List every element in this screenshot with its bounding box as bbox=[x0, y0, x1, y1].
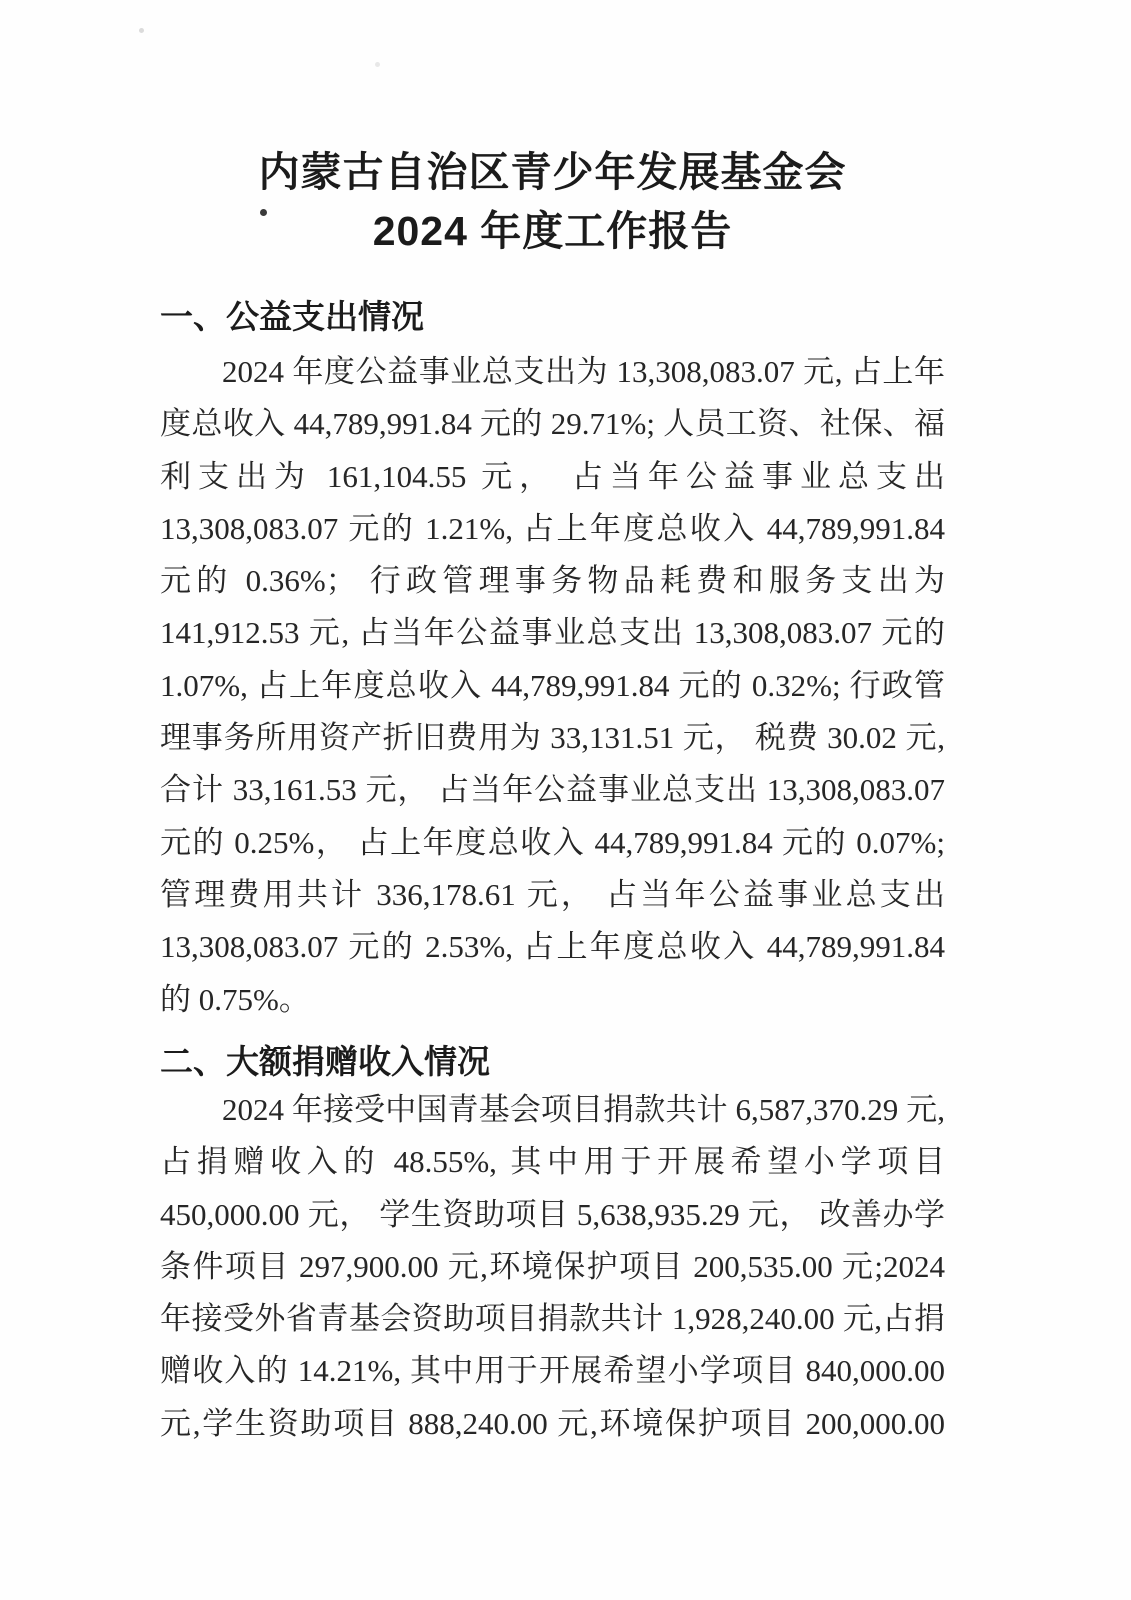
body-line: 合计 33,161.53 元， 占当年公益事业总支出 13,308,083.07 bbox=[160, 764, 945, 816]
body-line: 13,308,083.07 元的 1.21%, 占上年度总收入 44,789,9… bbox=[160, 503, 945, 555]
scanned-report-page: 内蒙古自治区青少年发展基金会 2024 年度工作报告 一、公益支出情况 2024… bbox=[0, 0, 1131, 1600]
body-line: 年接受外省青基会资助项目捐款共计 1,928,240.00 元,占捐 bbox=[160, 1293, 945, 1345]
scan-speck bbox=[139, 28, 144, 33]
body-line: 450,000.00 元， 学生资助项目 5,638,935.29 元， 改善办… bbox=[160, 1189, 945, 1241]
section-1-heading: 一、公益支出情况 bbox=[160, 291, 424, 338]
body-line: 管理费用共计 336,178.61 元， 占当年公益事业总支出 bbox=[160, 869, 945, 921]
body-line: 元的 0.25%， 占上年度总收入 44,789,991.84 元的 0.07%… bbox=[160, 817, 945, 869]
body-line: 度总收入 44,789,991.84 元的 29.71%; 人员工资、社保、福 bbox=[160, 398, 945, 450]
scan-speck bbox=[375, 62, 380, 67]
document-title-line2: 2024 年度工作报告 bbox=[160, 202, 945, 261]
body-line: 元,学生资助项目 888,240.00 元,环境保护项目 200,000.00 bbox=[160, 1398, 945, 1450]
body-line: 1.07%, 占上年度总收入 44,789,991.84 元的 0.32%; 行… bbox=[160, 660, 945, 712]
stray-dot-mark bbox=[260, 209, 267, 216]
document-title: 内蒙古自治区青少年发展基金会 2024 年度工作报告 bbox=[160, 143, 945, 261]
body-line: 2024 年度公益事业总支出为 13,308,083.07 元, 占上年 bbox=[160, 346, 945, 398]
body-line: 的 0.75%。 bbox=[160, 974, 945, 1026]
body-line: 2024 年接受中国青基会项目捐款共计 6,587,370.29 元, bbox=[160, 1084, 945, 1136]
body-line: 占捐赠收入的 48.55%, 其中用于开展希望小学项目 bbox=[160, 1136, 945, 1188]
body-line: 赠收入的 14.21%, 其中用于开展希望小学项目 840,000.00 bbox=[160, 1345, 945, 1397]
body-line: 条件项目 297,900.00 元,环境保护项目 200,535.00 元;20… bbox=[160, 1241, 945, 1293]
body-line: 13,308,083.07 元的 2.53%, 占上年度总收入 44,789,9… bbox=[160, 921, 945, 973]
section-2-heading: 二、大额捐赠收入情况 bbox=[160, 1036, 490, 1083]
body-line: 元的 0.36%； 行政管理事务物品耗费和服务支出为 bbox=[160, 555, 945, 607]
body-line: 理事务所用资产折旧费用为 33,131.51 元， 税费 30.02 元, bbox=[160, 712, 945, 764]
body-line: 利支出为 161,104.55 元， 占当年公益事业总支出 bbox=[160, 451, 945, 503]
section-2-paragraph: 2024 年接受中国青基会项目捐款共计 6,587,370.29 元, 占捐赠收… bbox=[160, 1084, 945, 1450]
section-1-paragraph: 2024 年度公益事业总支出为 13,308,083.07 元, 占上年 度总收… bbox=[160, 346, 945, 1026]
document-title-line1: 内蒙古自治区青少年发展基金会 bbox=[160, 143, 945, 202]
body-line: 141,912.53 元, 占当年公益事业总支出 13,308,083.07 元… bbox=[160, 607, 945, 659]
